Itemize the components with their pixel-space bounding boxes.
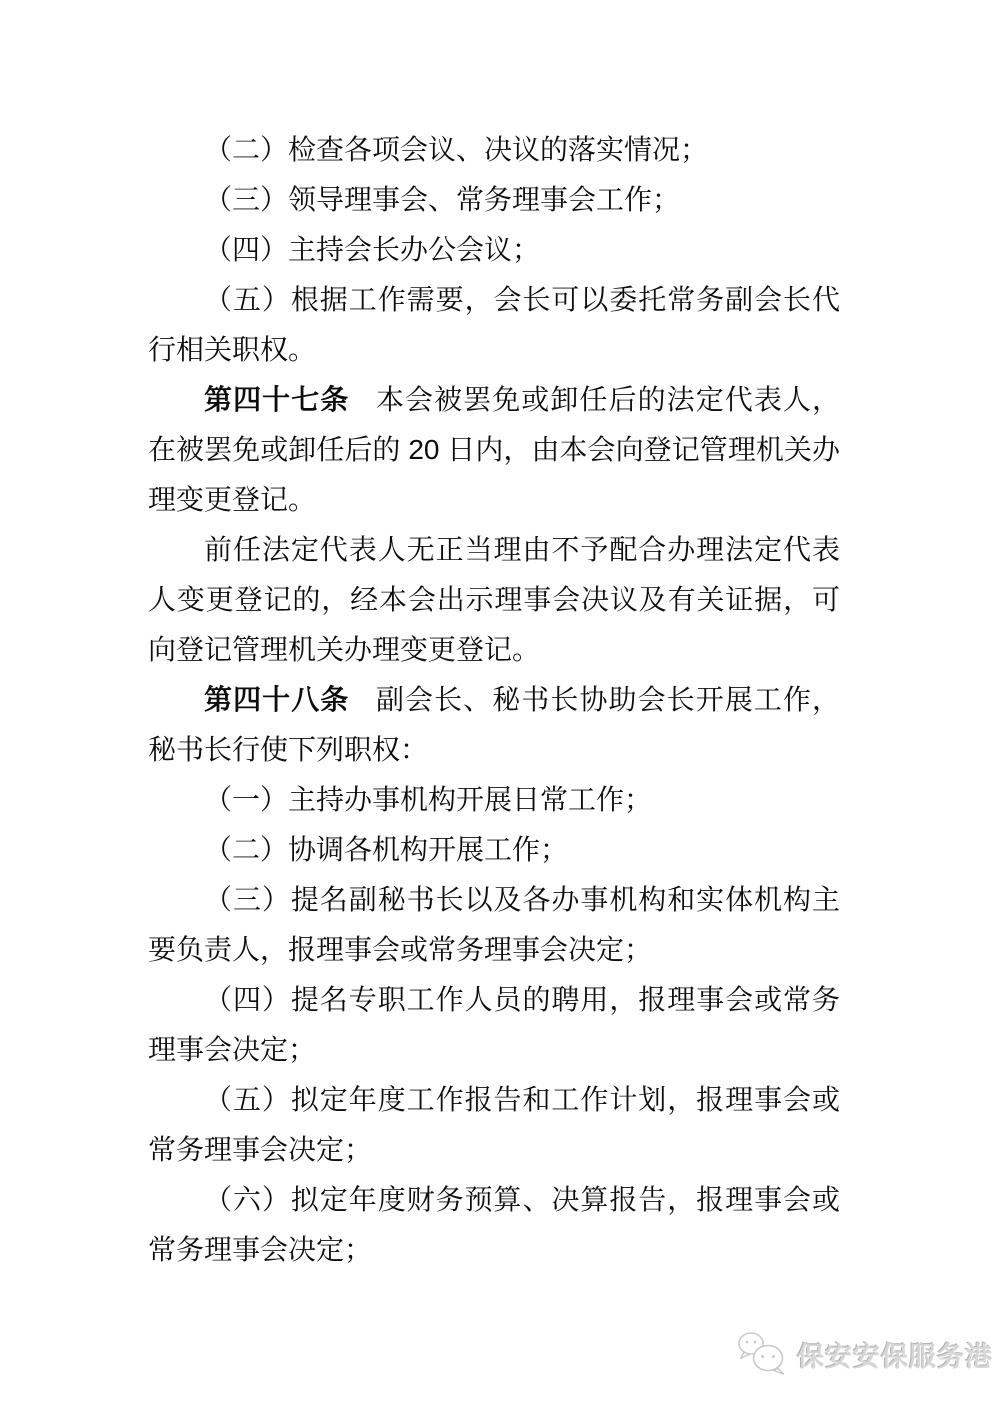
- paragraph: （六）拟定年度财务预算、决算报告，报理事会或常务理事会决定；: [148, 1175, 840, 1275]
- watermark-text: 保安安保服务港: [797, 1335, 992, 1374]
- paragraph: （四）提名专职工作人员的聘用，报理事会或常务理事会决定；: [148, 975, 840, 1075]
- paragraph: （一）主持办事机构开展日常工作；: [148, 775, 840, 825]
- document-body: （二）检查各项会议、决议的落实情况；（三）领导理事会、常务理事会工作；（四）主持…: [148, 125, 840, 1275]
- wechat-icon: [736, 1330, 790, 1378]
- article-paragraph: 第四十七条本会被罢免或卸任后的法定代表人，在被罢免或卸任后的 20 日内，由本会…: [148, 375, 840, 525]
- paragraph: 前任法定代表人无正当理由不予配合办理法定代表人变更登记的，经本会出示理事会决议及…: [148, 525, 840, 675]
- paragraph: （五）根据工作需要，会长可以委托常务副会长代行相关职权。: [148, 275, 840, 375]
- document-page: （二）检查各项会议、决议的落实情况；（三）领导理事会、常务理事会工作；（四）主持…: [0, 0, 992, 1403]
- watermark: 保安安保服务港: [736, 1330, 992, 1378]
- article-number: 第四十七条: [204, 384, 349, 415]
- article-paragraph: 第四十八条副会长、秘书长协助会长开展工作，秘书长行使下列职权：: [148, 675, 840, 775]
- paragraph: （五）拟定年度工作报告和工作计划，报理事会或常务理事会决定；: [148, 1075, 840, 1175]
- page: { "page": { "background_color": "#ffffff…: [0, 0, 992, 1403]
- paragraph: （二）协调各机构开展工作；: [148, 825, 840, 875]
- paragraph: （三）领导理事会、常务理事会工作；: [148, 175, 840, 225]
- article-number: 第四十八条: [204, 684, 349, 715]
- paragraph: （四）主持会长办公会议；: [148, 225, 840, 275]
- paragraph: （二）检查各项会议、决议的落实情况；: [148, 125, 840, 175]
- paragraph: （三）提名副秘书长以及各办事机构和实体机构主要负责人，报理事会或常务理事会决定；: [148, 875, 840, 975]
